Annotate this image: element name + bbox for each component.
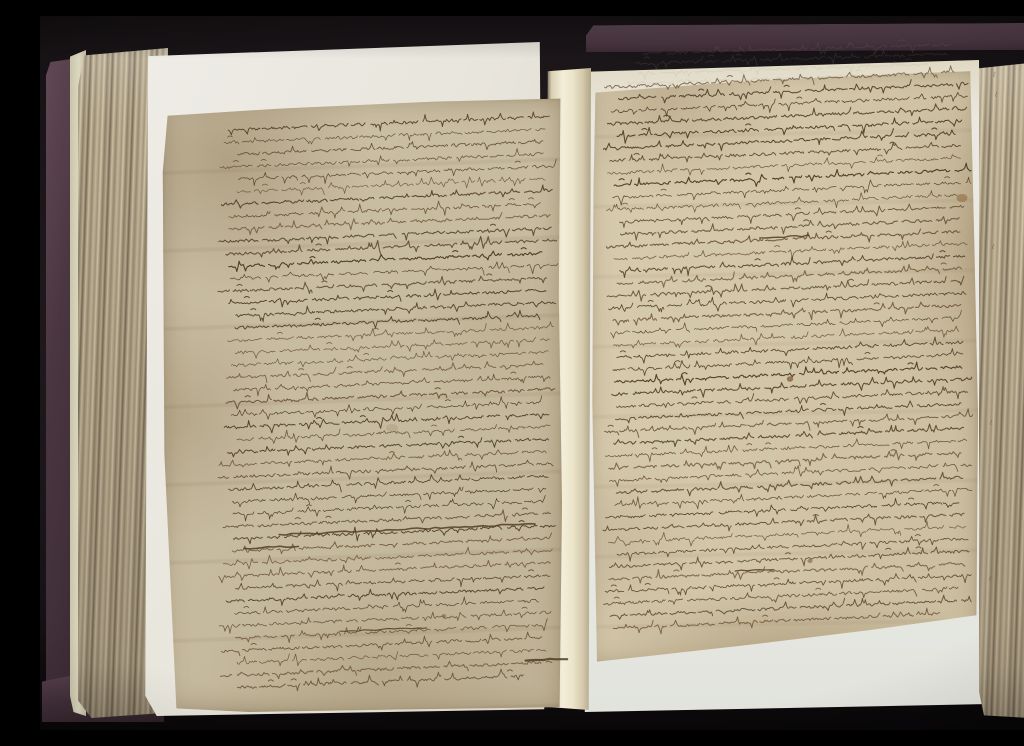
manuscript-book-photo: Photograph of an open bound volume showi…	[40, 16, 1024, 730]
handwriting-layer	[40, 16, 1024, 730]
fore-edge-marks	[989, 72, 997, 581]
manuscript-text	[218, 66, 973, 691]
ink-corrections	[244, 235, 809, 661]
